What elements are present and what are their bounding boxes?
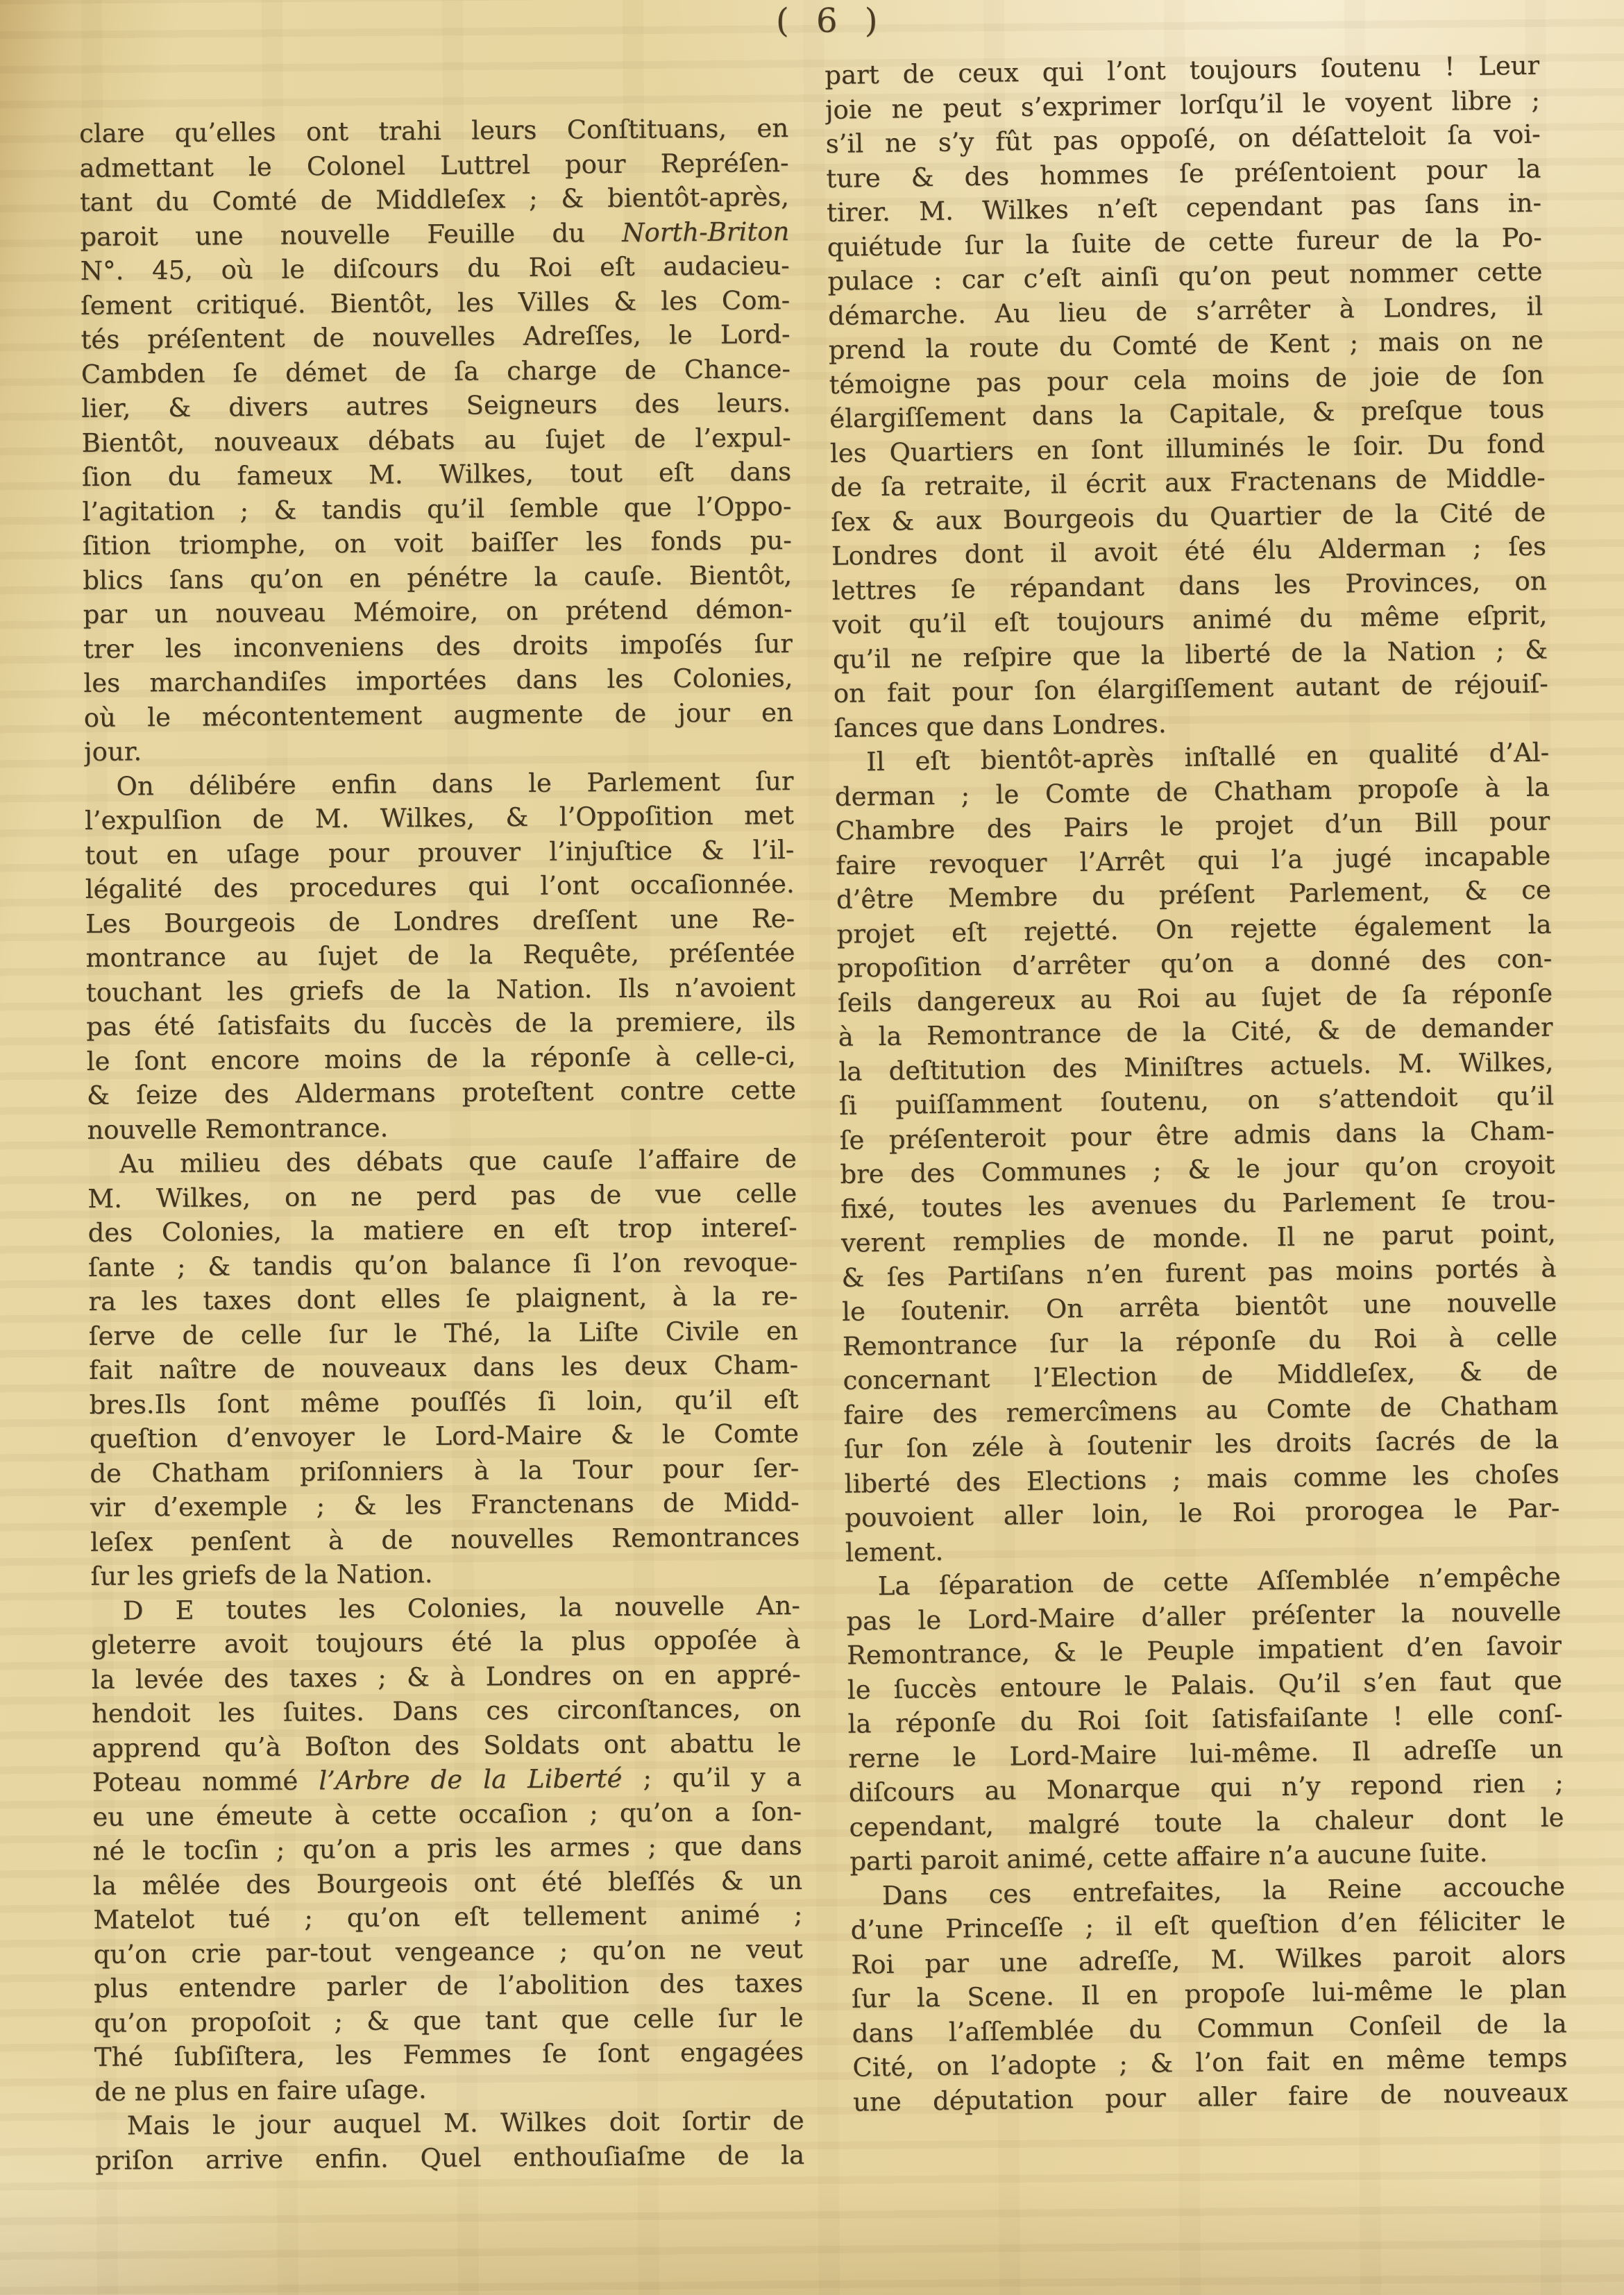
text-line: touchant les griefs de la Nation. Ils n’…: [86, 969, 795, 1010]
text-line: D E toutes les Colonies, la nouvelle An-: [91, 1588, 800, 1628]
text-line: & ſeize des Aldermans proteſtent contre …: [87, 1073, 796, 1113]
text-line: apprend qu’à Boſton des Soldats ont abat…: [92, 1725, 801, 1765]
page-number: ( 6 ): [776, 1, 886, 40]
text-line: trer les inconveniens des droits impoſés…: [83, 626, 793, 666]
text-line: Matelot tué ; qu’on eſt tellement animé …: [93, 1897, 802, 1938]
text-line: Mais le jour auquel M. Wilkes doit ſorti…: [95, 2103, 804, 2144]
text-line: Poteau nommé l’Arbre de la Liberté ; qu’…: [92, 1760, 802, 1800]
text-line: jour.: [84, 729, 793, 770]
text-line: de ne plus en faire uſage.: [94, 2069, 804, 2109]
text-line: né le tocſin ; qu’on a pris les armes ; …: [92, 1829, 802, 1869]
text-line: N°. 45, où le diſcours du Roi eſt audaci…: [81, 248, 790, 289]
right-text-column: part de ceux qui l’ont toujours ſoutenu …: [824, 49, 1568, 2119]
text-line: clare qu’elles ont trahi leurs Conſtitua…: [79, 111, 788, 151]
text-line: la mêlée des Bourgeois ont été bleſſés &…: [93, 1863, 802, 1903]
text-line: tout en uſage pour prouver l’injuſtice &…: [85, 832, 794, 872]
text-line: M. Wilkes, on ne perd pas de vue celle: [87, 1176, 797, 1216]
text-line: l’expulſion de M. Wilkes, & l’Oppoſition…: [85, 798, 794, 838]
text-line: priſon arrive enfin. Quel enthouſiaſme d…: [95, 2137, 804, 2178]
text-line: leſex penſent à de nouvelles Remontrance…: [90, 1519, 800, 1559]
text-line: le ſont encore moins de la réponſe à cel…: [86, 1038, 795, 1078]
text-line: fait naître de nouveaux dans les deux Ch…: [89, 1348, 798, 1388]
text-line: des Colonies, la matiere en eſt trop int…: [87, 1210, 797, 1251]
text-line: blics ſans qu’on en pénétre la cauſe. Bi…: [83, 557, 792, 598]
text-line: qu’on propoſoit ; & que tant que celle ſ…: [94, 2000, 803, 2040]
text-line: tant du Comté de Middleſex ; & bientôt-a…: [80, 180, 789, 220]
text-line: ſante ; & tandis qu’on balance ſi l’on r…: [88, 1244, 797, 1285]
text-line: où le mécontentement augmente de jour en: [84, 695, 793, 735]
text-line: les marchandiſes importées dans les Colo…: [83, 661, 793, 701]
text-line: la levée des taxes ; & à Londres on en a…: [91, 1657, 800, 1697]
text-line: ſerve de celle ſur le Thé, la Liſte Civi…: [89, 1313, 798, 1353]
text-line: ſement critiqué. Bientôt, les Villes & l…: [81, 282, 790, 323]
text-line: ſur les griefs de la Nation.: [90, 1554, 800, 1594]
text-line: Bientôt, nouveaux débats au ſujet de l’e…: [81, 420, 790, 460]
left-text-column: clare qu’elles ont trahi leurs Conſtitua…: [79, 111, 804, 2178]
text-line: paroit une nouvelle Feuille du North-Bri…: [80, 214, 789, 254]
text-line: hendoit les ſuites. Dans ces circonſtanc…: [92, 1691, 801, 1731]
text-line: pas été ſatisfaits du ſuccès de la premi…: [86, 1004, 795, 1044]
text-line: par un nouveau Mémoire, on prétend démon…: [83, 592, 792, 632]
scanned-page-sheet: ( 6 ) clare qu’elles ont trahi leurs Con…: [0, 0, 1624, 2295]
text-line: vir d’exemple ; & les Franctenans de Mid…: [90, 1485, 800, 1525]
text-line: montrance au ſujet de la Requête, préſen…: [85, 935, 795, 976]
text-line: tés préſentent de nouvelles Adreſſes, le…: [81, 317, 790, 357]
text-line: l’agitation ; & tandis qu’il ſemble que …: [82, 489, 791, 529]
text-line: qu’on crie par-tout vengeance ; qu’on ne…: [94, 1931, 803, 1972]
text-line: ſition triomphe, on voit baiſſer les fon…: [83, 523, 792, 564]
text-line: légalité des procedures qui l’ont occaſi…: [85, 867, 795, 907]
text-line: Cambden ſe démet de ſa charge de Chance-: [81, 351, 790, 391]
text-line: Au milieu des débats que cauſe l’affaire…: [87, 1142, 797, 1182]
text-line: bres.Ils ſont même pouſſés ſi loin, qu’i…: [89, 1382, 798, 1422]
text-line: On délibére enfin dans le Parlement ſur: [84, 763, 793, 804]
text-line: admettant le Colonel Luttrel pour Repréſ…: [79, 145, 788, 185]
text-line: nouvelle Remontrance.: [87, 1107, 796, 1147]
text-line: plus entendre parler de l’abolition des …: [94, 1966, 803, 2006]
text-line: Les Bourgeois de Londres dreſſent une Re…: [85, 901, 795, 941]
text-line: ra les taxes dont elles ſe plaignent, à …: [88, 1279, 797, 1319]
text-line: queſtion d’envoyer le Lord-Maire & le Co…: [90, 1416, 799, 1457]
text-line: eu une émeute à cette occaſion ; qu’on a…: [92, 1794, 802, 1834]
text-line: gleterre avoit toujours été la plus oppo…: [91, 1623, 800, 1663]
text-line: de Chatham priſonniers à la Tour pour ſe…: [90, 1450, 799, 1491]
text-line: ſion du fameux M. Wilkes, tout eſt dans: [82, 455, 791, 495]
text-line: Thé ſubſiſtera, les Femmes ſe ſont engag…: [94, 2035, 804, 2075]
text-line: lier, & divers autres Seigneurs des leur…: [81, 386, 790, 426]
